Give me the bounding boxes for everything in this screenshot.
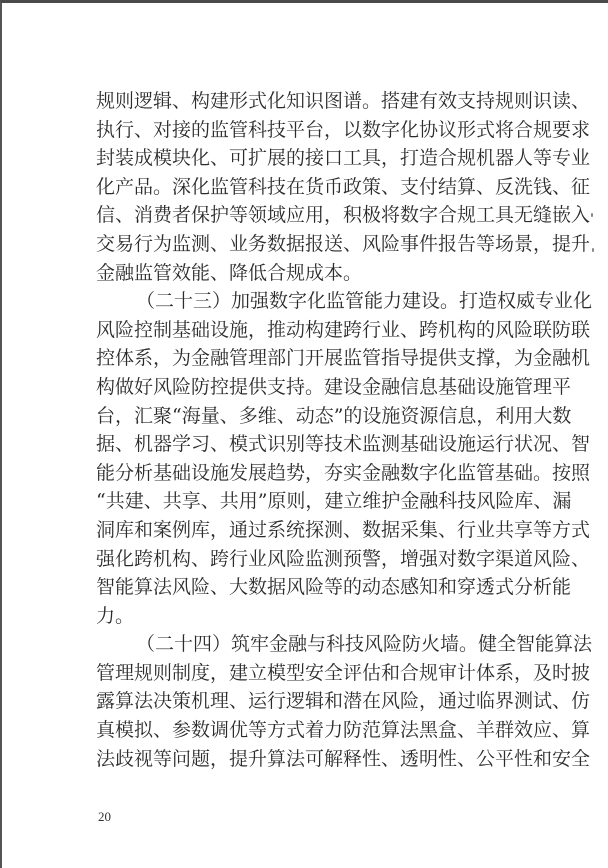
section-heading-line: （二十三）加强数字化监管能力建设。打造权威专业化 [96,287,536,316]
page-number: 20 [98,809,111,825]
text-line: “共建、共享、共用”原则，建立维护金融科技风险库、漏 [96,487,536,516]
text-line: 能分析基础设施发展趋势，夯实金融数字化监管基础。按照 [96,459,536,488]
text-line: 风险控制基础设施，推动构建跨行业、跨机构的风险联防联 [96,316,536,345]
text-line: 信、消费者保护等领域应用，积极将数字合规工具无缝嵌入 [96,201,536,230]
text-line: 规则逻辑、构建形式化知识图谱。搭建有效支持规则识读、 [96,87,536,116]
text-line: 力。 [96,602,536,631]
document-page: 规则逻辑、构建形式化知识图谱。搭建有效支持规则识读、 执行、对接的监管科技平台，… [0,0,608,868]
text-line: 执行、对接的监管科技平台，以数字化协议形式将合规要求 [96,116,536,145]
text-line: 构做好风险防控提供支持。建设金融信息基础设施管理平 [96,373,536,402]
text-line: 智能算法风险、大数据风险等的动态感知和穿透式分析能 [96,573,536,602]
text-line: 洞库和案例库，通过系统探测、数据采集、行业共享等方式 [96,516,536,545]
text-line: 法歧视等问题，提升算法可解释性、透明性、公平性和安全 [96,745,536,774]
body-text: 规则逻辑、构建形式化知识图谱。搭建有效支持规则识读、 执行、对接的监管科技平台，… [96,87,536,773]
text-line: 强化跨机构、跨行业风险监测预警，增强对数字渠道风险、 [96,545,536,574]
scan-speck [592,248,594,252]
text-line: 据、机器学习、模式识别等技术监测基础设施运行状况、智 [96,430,536,459]
text-line: 管理规则制度，建立模型安全评估和合规审计体系，及时披 [96,659,536,688]
section-heading-line: （二十四）筑牢金融与科技风险防火墙。健全智能算法 [96,630,536,659]
text-line: 化产品。深化监管科技在货币政策、支付结算、反洗钱、征 [96,173,536,202]
text-line: 台，汇聚“海量、多维、动态”的设施资源信息，利用大数 [96,402,536,431]
text-line: 真模拟、参数调优等方式着力防范算法黑盒、羊群效应、算 [96,716,536,745]
text-line: 控体系，为金融管理部门开展监管指导提供支撑，为金融机 [96,344,536,373]
text-line: 封装成模块化、可扩展的接口工具，打造合规机器人等专业 [96,144,536,173]
text-line: 金融监管效能、降低合规成本。 [96,259,536,288]
text-line: 露算法决策机理、运行逻辑和潜在风险，通过临界测试、仿 [96,687,536,716]
text-line: 交易行为监测、业务数据报送、风险事件报告等场景，提升 [96,230,536,259]
scan-speck [591,213,593,217]
